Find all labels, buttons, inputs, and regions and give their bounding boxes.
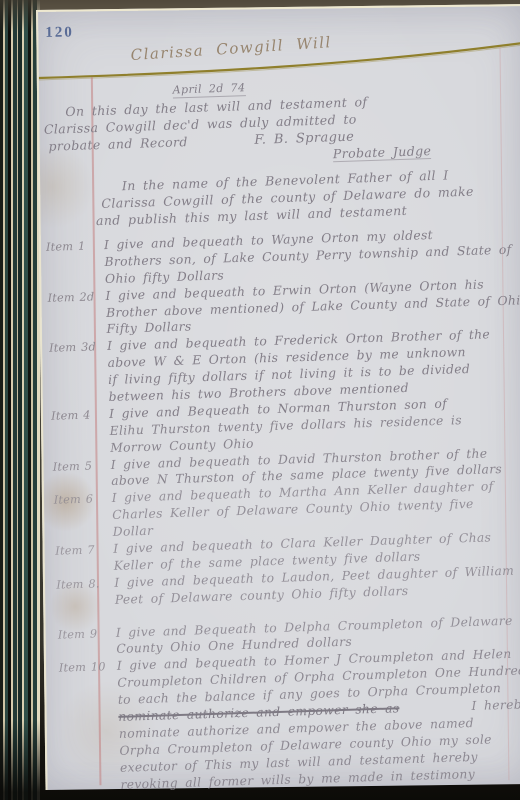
item-margin-label [48,401,109,403]
item-margin-label [55,653,116,655]
judge-title: Probate Judge [333,143,432,162]
item-margin-label: Item 10 [56,660,117,675]
item-margin-label [57,687,118,689]
probate-line: probate and Record [48,134,188,154]
item-margin-label [47,367,108,369]
probate-date: April 2d 74 [172,81,245,98]
item-margin-label: Item 4 [48,408,109,423]
item-margin-label [57,704,118,706]
item-margin-label [59,772,120,774]
book-binding-page-edges [0,0,40,800]
item-margin-label [44,283,105,285]
ledger-photo: 120 Clarissa Cowgill Will April 2d 74 On… [0,0,520,800]
item-margin-label: Item 3d [46,340,107,355]
page-number: 120 [45,25,74,42]
item-margin-label [58,738,119,740]
item-margin-label [46,333,107,335]
item-margin-label [59,755,120,757]
item-margin-label: Item 6 [51,492,112,507]
item-margin-label: Item 2d [44,290,105,305]
item-margin-label [45,317,106,319]
item-margin-label [44,266,105,268]
item-margin-label: Item 5 [50,459,111,474]
item-margin-label [51,519,112,521]
item-margin-label [54,604,115,606]
item-margin-label [49,452,110,454]
item-margin-label: Item 1 [43,239,104,254]
item-margin-label: Item 9 [55,626,116,641]
item-margin-label: Item 7 [52,543,113,558]
item-margin-label [47,384,108,386]
item-margin-label [58,721,119,723]
ledger-page: 120 Clarissa Cowgill Will April 2d 74 On… [36,4,520,790]
will-body: Item 1I give and bequeath to Wayne Orton… [43,225,520,796]
right-fragment: I hereby [471,697,520,713]
item-margin-label: Item 8. [53,577,114,592]
item-margin-label [52,536,113,538]
item-margin-label [49,435,110,437]
item-margin-label [60,788,121,790]
item-margin-label [50,485,111,487]
item-margin-label [53,570,114,572]
